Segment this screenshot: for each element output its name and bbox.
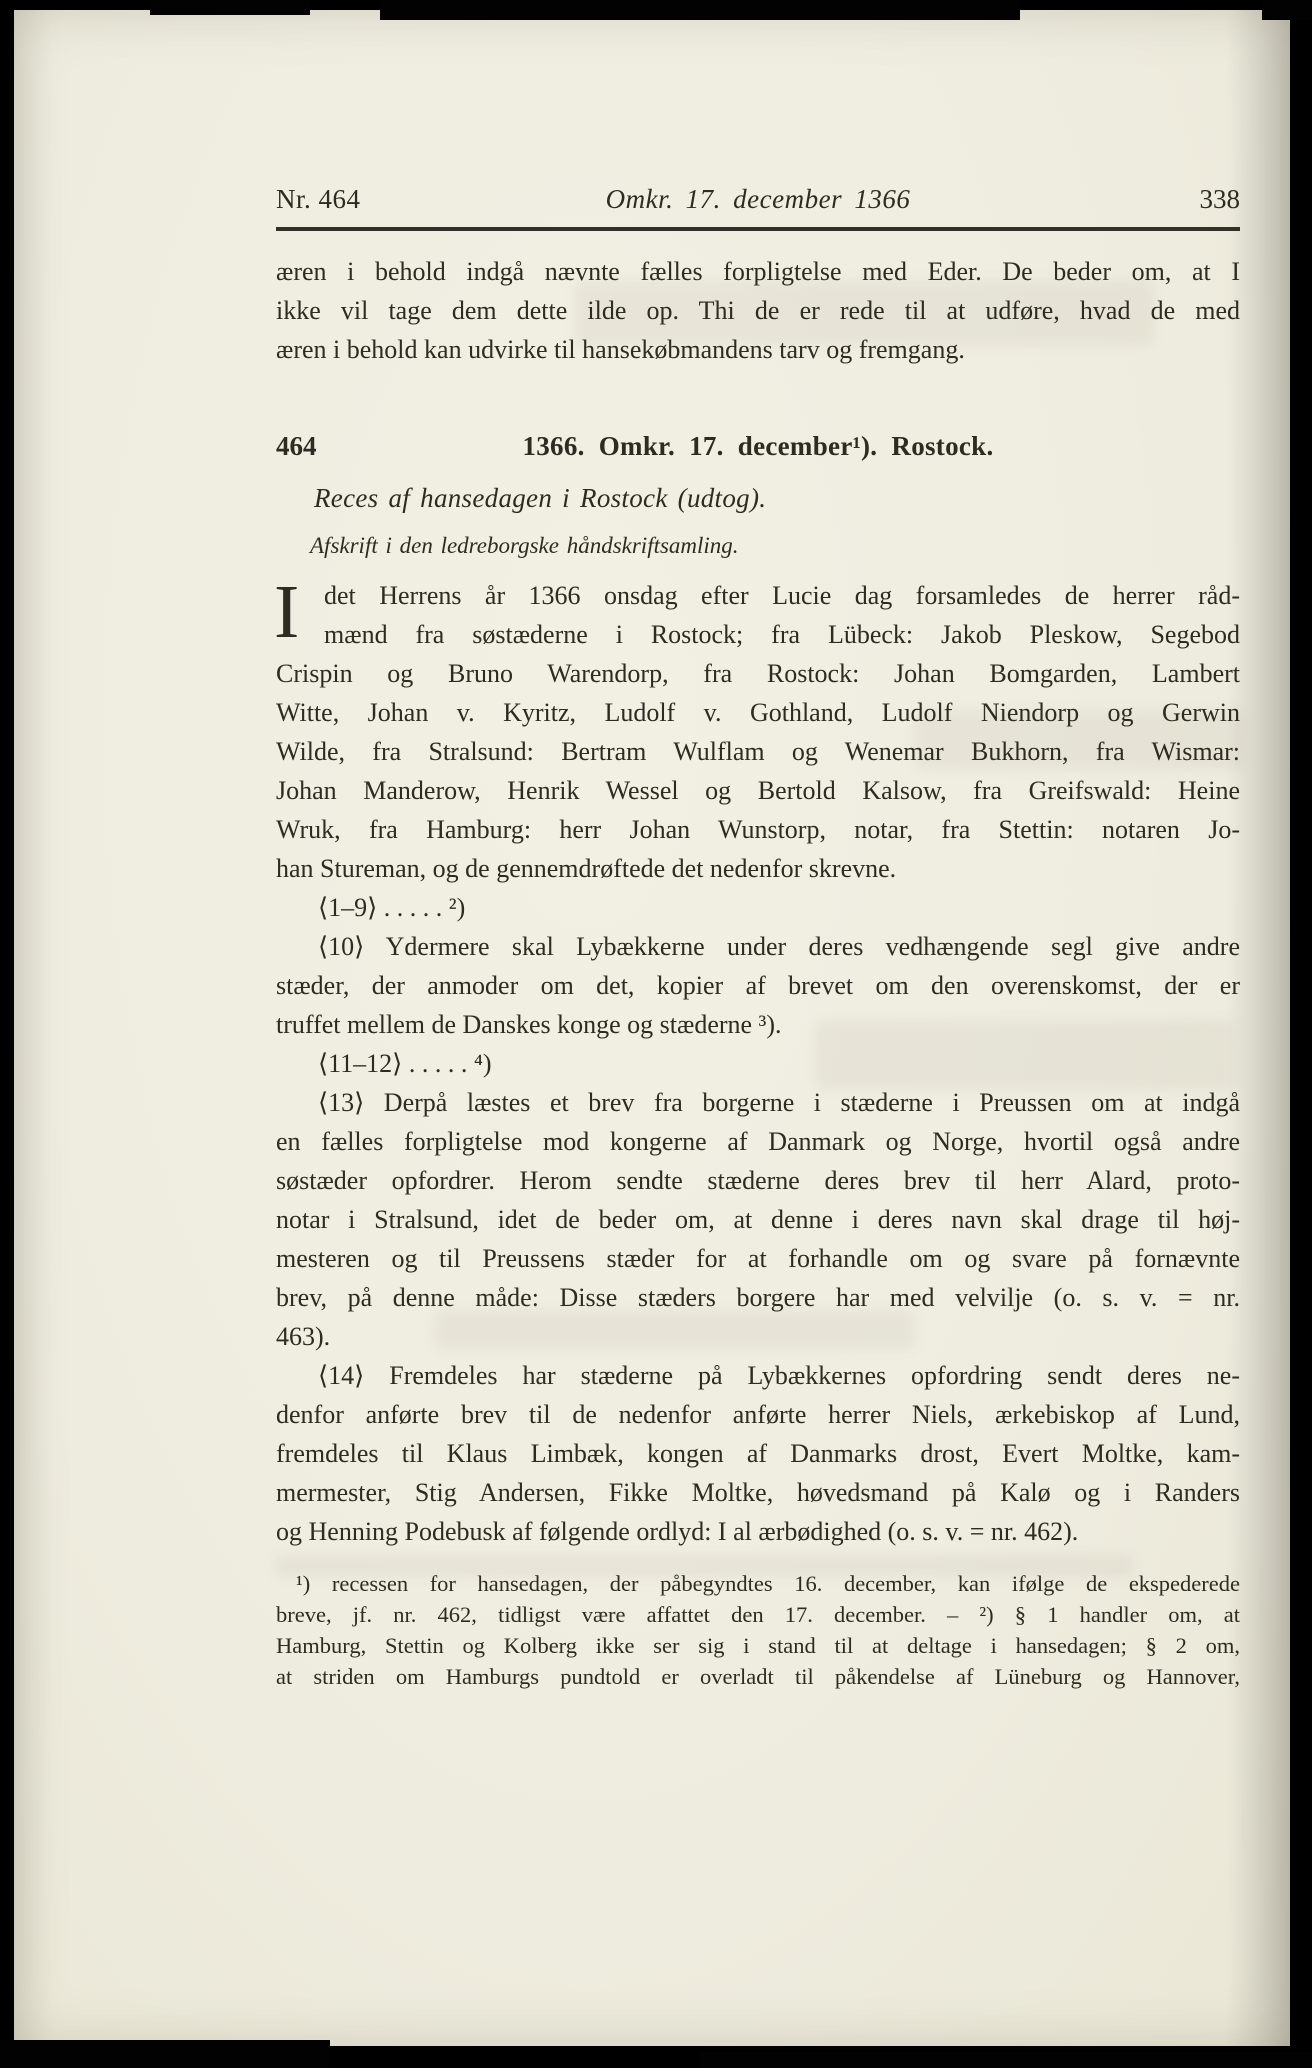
text-line: stæder, der anmoder om det, kopier af br… [276, 966, 1240, 1005]
text-line: Wilde, fra Stralsund: Bertram Wulflam og… [276, 732, 1240, 771]
text-line: brev, på denne måde: Disse stæders borge… [276, 1278, 1240, 1317]
text-line: ⟨11–12⟩ . . . . . ⁴) [276, 1044, 1240, 1083]
text-line: Witte, Johan v. Kyritz, Ludolf v. Gothla… [276, 693, 1240, 732]
footnote-line: ¹) recessen for hansedagen, der påbegynd… [276, 1568, 1240, 1599]
intro-paragraph: æren i behold indgå nævnte fælles forpli… [276, 252, 1240, 369]
page-number: 338 [1020, 182, 1240, 216]
text-line: han Stureman, og de gennemdrøftede det n… [276, 849, 1240, 888]
source-note: Afskrift i den ledreborgske håndskriftsa… [276, 531, 1274, 561]
text-line: søstæder opfordrer. Herom sendte stædern… [276, 1161, 1240, 1200]
text-line: en fælles forpligtelse mod kongerne af D… [276, 1122, 1240, 1161]
scanned-page-background: Nr. 464 Omkr. 17. december 1366 338 æren… [0, 0, 1312, 2068]
text-line: ⟨1–9⟩ . . . . . ²) [276, 888, 1240, 927]
text-line: og Henning Podebusk af følgende ordlyd: … [276, 1512, 1240, 1551]
text-line: denfor anførte brev til de nedenfor anfø… [276, 1395, 1240, 1434]
scan-edge-artifact [150, 0, 310, 15]
drop-cap: I [274, 572, 299, 652]
text-line: 463). [276, 1317, 1240, 1356]
text-line: truffet mellem de Danskes konge og stæde… [276, 1005, 1240, 1044]
book-page: Nr. 464 Omkr. 17. december 1366 338 æren… [14, 10, 1290, 2046]
text-line: mermester, Stig Andersen, Fikke Moltke, … [276, 1473, 1240, 1512]
text-line: ⟨10⟩ Ydermere skal Lybækkerne under dere… [276, 927, 1240, 966]
document-number: 464 [276, 428, 317, 464]
main-text: I det Herrens år 1366 onsdag efter Lucie… [276, 576, 1240, 1551]
running-title: Omkr. 17. december 1366 [496, 182, 1020, 216]
text-line: notar i Stralsund, idet de beder om, at … [276, 1200, 1240, 1239]
scan-edge-artifact [1262, 0, 1312, 20]
text-line: ⟨14⟩ Fremdeles har stæderne på Lybækkern… [276, 1356, 1240, 1395]
running-header: Nr. 464 Omkr. 17. december 1366 338 [276, 182, 1240, 231]
text-line: Wruk, fra Hamburg: herr Johan Wunstorp, … [276, 810, 1240, 849]
document-subtitle: Reces af hansedagen i Rostock (udtog). [276, 480, 1278, 516]
footnote-line: at striden om Hamburgs pundtold er overl… [276, 1661, 1240, 1692]
scan-edge-artifact [380, 0, 1020, 20]
footnotes: ¹) recessen for hansedagen, der påbegynd… [276, 1568, 1240, 1692]
document-title: 1366. Omkr. 17. december¹). Rostock. [276, 428, 1240, 464]
text-line: ⟨13⟩ Derpå læstes et brev fra borgerne i… [276, 1083, 1240, 1122]
text-line: mænd fra søstæderne i Rostock; fra Lübec… [276, 615, 1240, 654]
scan-edge-artifact [0, 2040, 330, 2068]
text-line: det Herrens år 1366 onsdag efter Lucie d… [276, 576, 1240, 615]
text-line: Johan Manderow, Henrik Wessel og Bertold… [276, 771, 1240, 810]
text-line: æren i behold indgå nævnte fælles forpli… [276, 252, 1240, 291]
document-ref: Nr. 464 [276, 182, 496, 216]
text-line: ikke vil tage dem dette ilde op. Thi de … [276, 291, 1240, 330]
text-line: fremdeles til Klaus Limbæk, kongen af Da… [276, 1434, 1240, 1473]
text-line: Crispin og Bruno Warendorp, fra Rostock:… [276, 654, 1240, 693]
footnote-line: breve, jf. nr. 462, tidligst være affatt… [276, 1599, 1240, 1630]
text-line: mesteren og til Preussens stæder for at … [276, 1239, 1240, 1278]
scan-edge-artifact [700, 2052, 1312, 2068]
footnote-line: Hamburg, Stettin og Kolberg ikke ser sig… [276, 1630, 1240, 1661]
text-line: æren i behold kan udvirke til hansekøbma… [276, 330, 1240, 369]
document-heading: 464 1366. Omkr. 17. december¹). Rostock. [276, 428, 1240, 464]
